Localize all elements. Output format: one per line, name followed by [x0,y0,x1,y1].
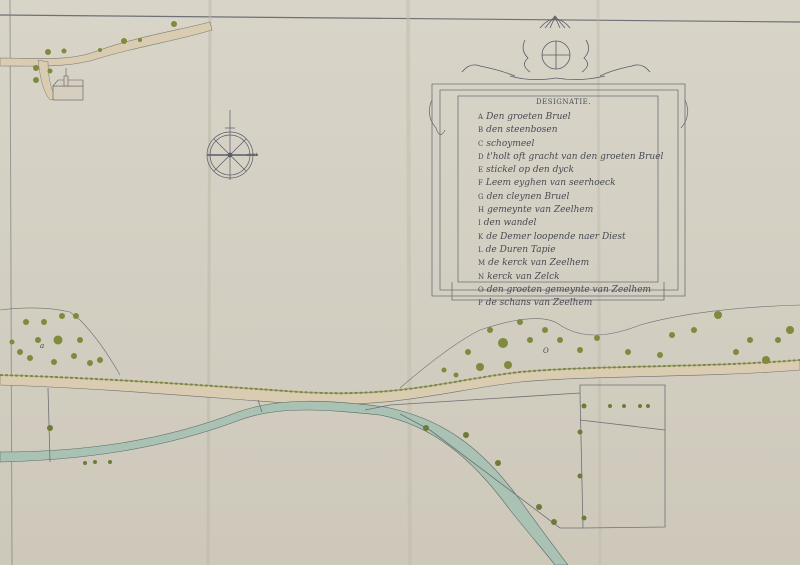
legend-item: FLeem eyghen van seerhoeck [478,177,663,190]
frame-lines [0,0,800,565]
place-letter-o: O [543,347,549,355]
legend-item: Kde Demer loopende naer Diest [478,231,663,244]
legend-item: Pde schans van Zeelhem [478,297,663,310]
legend-item: Dt'holt oft gracht van den groeten Bruel [478,151,663,164]
legend-item: Bden steenbosen [478,124,663,137]
legend-item: Hgemeynte van Zeelhem [478,204,663,217]
legend-item: Mde kerck van Zeelhem [478,257,663,270]
cartouche-ornament [462,16,650,80]
legend-item: Cschoymeel [478,138,663,151]
field-trees [47,404,650,526]
legend-item: Estickel op den dyck [478,164,663,177]
woodland-left [0,308,120,375]
main-road [0,360,800,405]
compass-rose-icon [207,110,258,180]
river [0,401,568,565]
legend-title: DESIGNATIE. [536,98,591,106]
legend-item: Gden cleynen Bruel [478,191,663,204]
church-icon [53,68,83,100]
map-drawing [0,0,800,565]
compass-east-label: oost [247,152,258,158]
place-letter-a: a [40,342,44,350]
legend-item: Oden groeten gemeynte van Zeelhem [478,284,663,297]
legend-item: ADen groeten Bruel [478,111,663,124]
legend-item: Iden wandel [478,217,663,230]
road-top-left [0,21,212,100]
historical-map: DESIGNATIE. ADen groeten Bruel Bden stee… [0,0,800,565]
legend-item: Lde Duren Tapie [478,244,663,257]
legend-list: ADen groeten Bruel Bden steenbosen Cscho… [478,111,663,310]
legend-item: Nkerck van Zelck [478,271,663,284]
